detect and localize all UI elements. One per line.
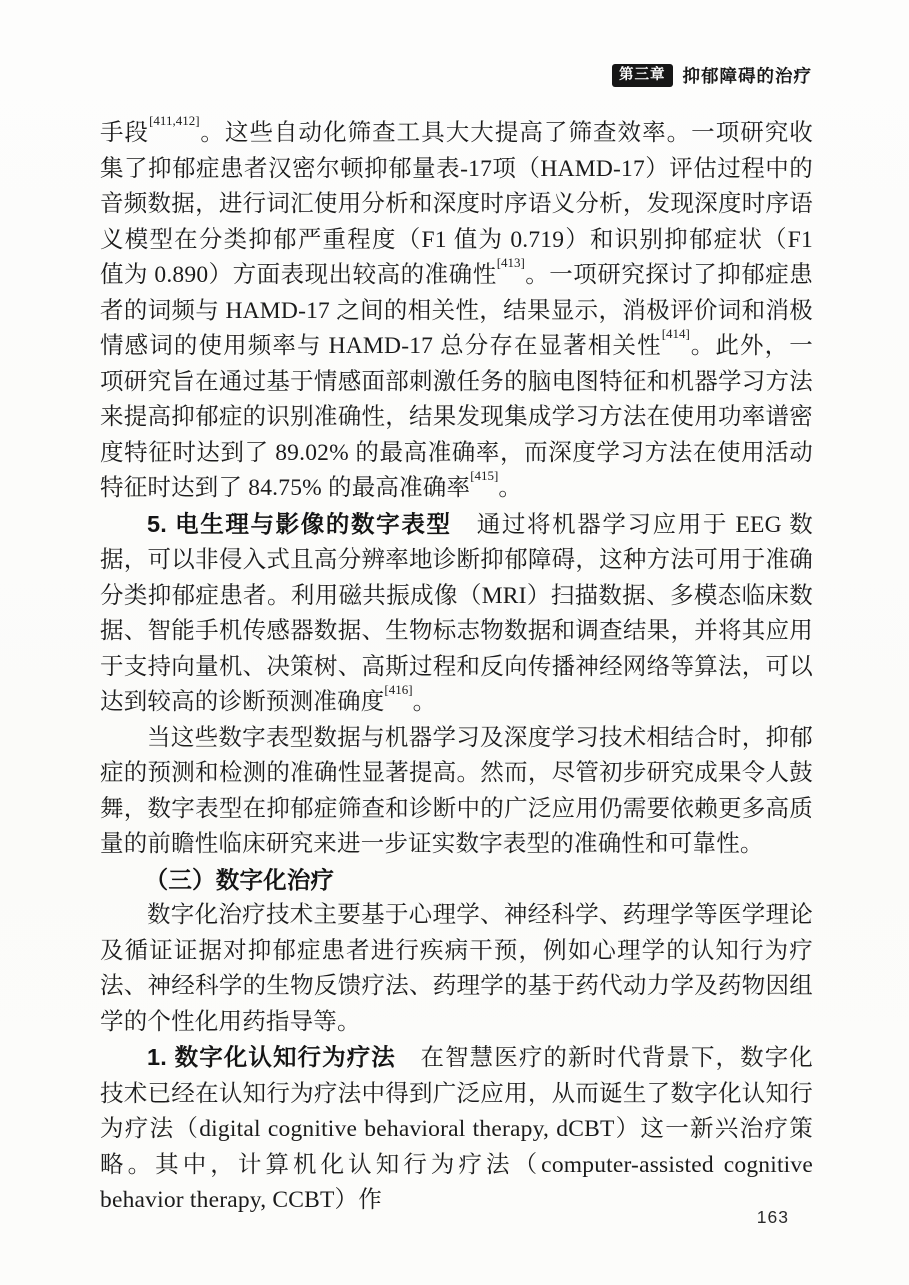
book-page: 第三章 抑郁障碍的治疗 手段[411,412]。这些自动化筛查工具大大提高了筛查… [0, 0, 909, 1285]
run-in-heading: 1. 数字化认知行为疗法 [147, 1044, 421, 1070]
text-run: （三）数字化治疗 [145, 867, 335, 893]
text-run: 。 [413, 689, 437, 715]
paragraph: 手段[411,412]。这些自动化筛查工具大大提高了筛查效率。一项研究收集了抑郁… [100, 116, 813, 507]
paragraph: 数字化治疗技术主要基于心理学、神经科学、药理学等医学理论及循证证据对抑郁症患者进… [100, 898, 813, 1040]
page-header: 第三章 抑郁障碍的治疗 [612, 63, 812, 88]
text-run: 。 [498, 475, 522, 501]
reference-superscript: [415] [470, 468, 498, 483]
page-body: 手段[411,412]。这些自动化筛查工具大大提高了筛查效率。一项研究收集了抑郁… [100, 116, 813, 1219]
paragraph: 当这些数字表型数据与机器学习及深度学习技术相结合时，抑郁症的预测和检测的准确性显… [100, 721, 813, 863]
text-run: 在智慧医疗的新时代背景下，数字化技术已经在认知行为疗法中得到广泛应用，从而诞生了… [100, 1045, 813, 1213]
text-run: 通过将机器学习应用于 EEG 数据，可以非侵入式且高分辨率地诊断抑郁障碍，这种方… [100, 512, 813, 716]
reference-superscript: [413] [497, 255, 525, 270]
run-in-heading: 5. 电生理与影像的数字表型 [147, 511, 477, 537]
reference-superscript: [411,412] [149, 113, 199, 128]
text-run: 手段 [100, 120, 149, 146]
text-run: 当这些数字表型数据与机器学习及深度学习技术相结合时，抑郁症的预测和检测的准确性显… [100, 725, 813, 858]
reference-superscript: [416] [384, 682, 412, 697]
chapter-title: 抑郁障碍的治疗 [683, 63, 813, 88]
section-heading: （三）数字化治疗 [100, 863, 813, 899]
paragraph: 1. 数字化认知行为疗法 在智慧医疗的新时代背景下，数字化技术已经在认知行为疗法… [100, 1040, 813, 1219]
text-run: 数字化治疗技术主要基于心理学、神经科学、药理学等医学理论及循证证据对抑郁症患者进… [100, 902, 813, 1035]
reference-superscript: [414] [662, 326, 690, 341]
chapter-badge: 第三章 [612, 64, 673, 88]
page-number: 163 [757, 1207, 789, 1228]
paragraph: 5. 电生理与影像的数字表型 通过将机器学习应用于 EEG 数据，可以非侵入式且… [100, 507, 813, 721]
